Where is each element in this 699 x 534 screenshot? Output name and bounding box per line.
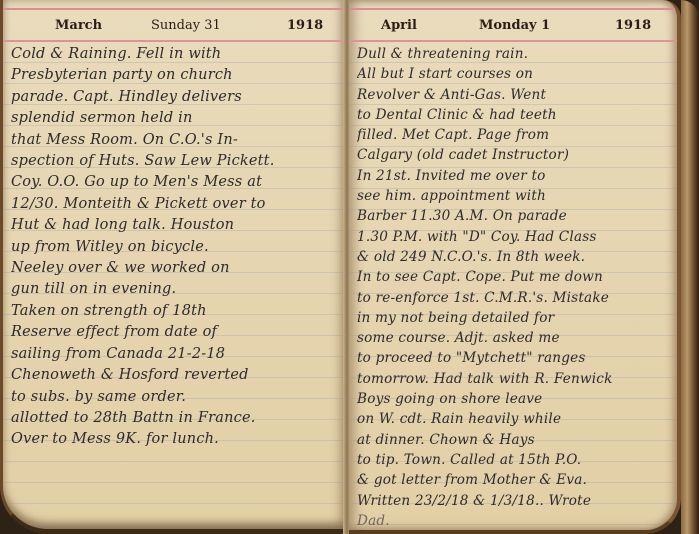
right-entry-text: Dull & threatening rain. All but I start…: [357, 44, 671, 531]
entry-line: to proceed to "Mytchett" ranges: [357, 348, 671, 368]
entry-line: on W. cdt. Rain heavily while: [357, 409, 671, 429]
entry-line: & got letter from Mother & Eva.: [357, 470, 671, 490]
entry-line: to Dental Clinic & had teeth: [357, 105, 671, 125]
entry-line: allotted to 28th Battn in France.: [11, 408, 340, 429]
entry-line: Calgary (old cadet Instructor): [357, 145, 671, 165]
header-top-rule: [349, 8, 677, 10]
month-label: April: [381, 18, 417, 33]
header-top-rule: [3, 8, 346, 10]
entry-line: Neeley over & we worked on: [11, 258, 340, 279]
entry-line: Presbyterian party on church: [11, 65, 340, 86]
entry-line: up from Witley on bicycle.: [11, 237, 340, 258]
entry-line: in my not being detailed for: [357, 308, 671, 328]
entry-line: gun till on in evening.: [11, 279, 340, 300]
entry-line: Taken on strength of 18th: [11, 301, 340, 322]
entry-line: some course. Adjt. asked me: [357, 328, 671, 348]
weekday-date-label: Monday 1: [479, 18, 550, 33]
entry-line: Coy. O.O. Go up to Men's Mess at: [11, 172, 340, 193]
entry-line: at dinner. Chown & Hays: [357, 430, 671, 450]
entry-line: to tip. Town. Called at 15th P.O.: [357, 450, 671, 470]
entry-line: to subs. by same order.: [11, 387, 340, 408]
entry-line: Reserve effect from date of: [11, 322, 340, 343]
entry-line: tomorrow. Had talk with R. Fenwick: [357, 369, 671, 389]
entry-line: Chenoweth & Hosford reverted: [11, 365, 340, 386]
entry-line: & old 249 N.C.O.'s. In 8th week.: [357, 247, 671, 267]
entry-line: Dull & threatening rain.: [357, 44, 671, 64]
entry-line: Barber 11.30 A.M. On parade: [357, 206, 671, 226]
right-page-header: April Monday 1 1918: [349, 14, 677, 36]
left-page: March Sunday 31 1918 Cold & Raining. Fel…: [0, 0, 346, 534]
left-page-header: March Sunday 31 1918: [3, 14, 346, 36]
entry-line: All but I start courses on: [357, 64, 671, 84]
year-label: 1918: [615, 18, 651, 33]
entry-line: Revolver & Anti-Gas. Went: [357, 85, 671, 105]
entry-line: that Mess Room. On C.O.'s In-: [11, 130, 340, 151]
entry-line: Written 23/2/18 & 1/3/18.. Wrote: [357, 491, 671, 511]
entry-line: sailing from Canada 21-2-18: [11, 344, 340, 365]
entry-line: Over to Mess 9K. for lunch.: [11, 429, 340, 450]
entry-line: filled. Met Capt. Page from: [357, 125, 671, 145]
year-label: 1918: [287, 18, 323, 33]
weekday-date-label: Sunday 31: [151, 18, 221, 33]
diary-spread: March Sunday 31 1918 Cold & Raining. Fel…: [0, 0, 699, 534]
entry-line: spection of Huts. Saw Lew Pickett.: [11, 151, 340, 172]
entry-line: splendid sermon held in: [11, 108, 340, 129]
entry-line: Cold & Raining. Fell in with: [11, 44, 340, 65]
left-entry-text: Cold & Raining. Fell in with Presbyteria…: [11, 44, 340, 451]
entry-line: 1.30 P.M. with "D" Coy. Had Class: [357, 227, 671, 247]
entry-line: Boys going on shore leave: [357, 389, 671, 409]
entry-line: 12/30. Monteith & Pickett over to: [11, 194, 340, 215]
entry-line: In 21st. Invited me over to: [357, 166, 671, 186]
book-cover-edge: [681, 0, 699, 534]
entry-line: In to see Capt. Cope. Put me down: [357, 267, 671, 287]
entry-line: see him. appointment with: [357, 186, 671, 206]
entry-line: parade. Capt. Hindley delivers: [11, 87, 340, 108]
entry-line: to re-enforce 1st. C.M.R.'s. Mistake: [357, 288, 671, 308]
entry-line: Hut & had long talk. Houston: [11, 215, 340, 236]
month-label: March: [55, 18, 102, 33]
entry-line: Dad.: [357, 511, 671, 531]
right-page: April Monday 1 1918 Dull & threatening r…: [349, 0, 681, 534]
